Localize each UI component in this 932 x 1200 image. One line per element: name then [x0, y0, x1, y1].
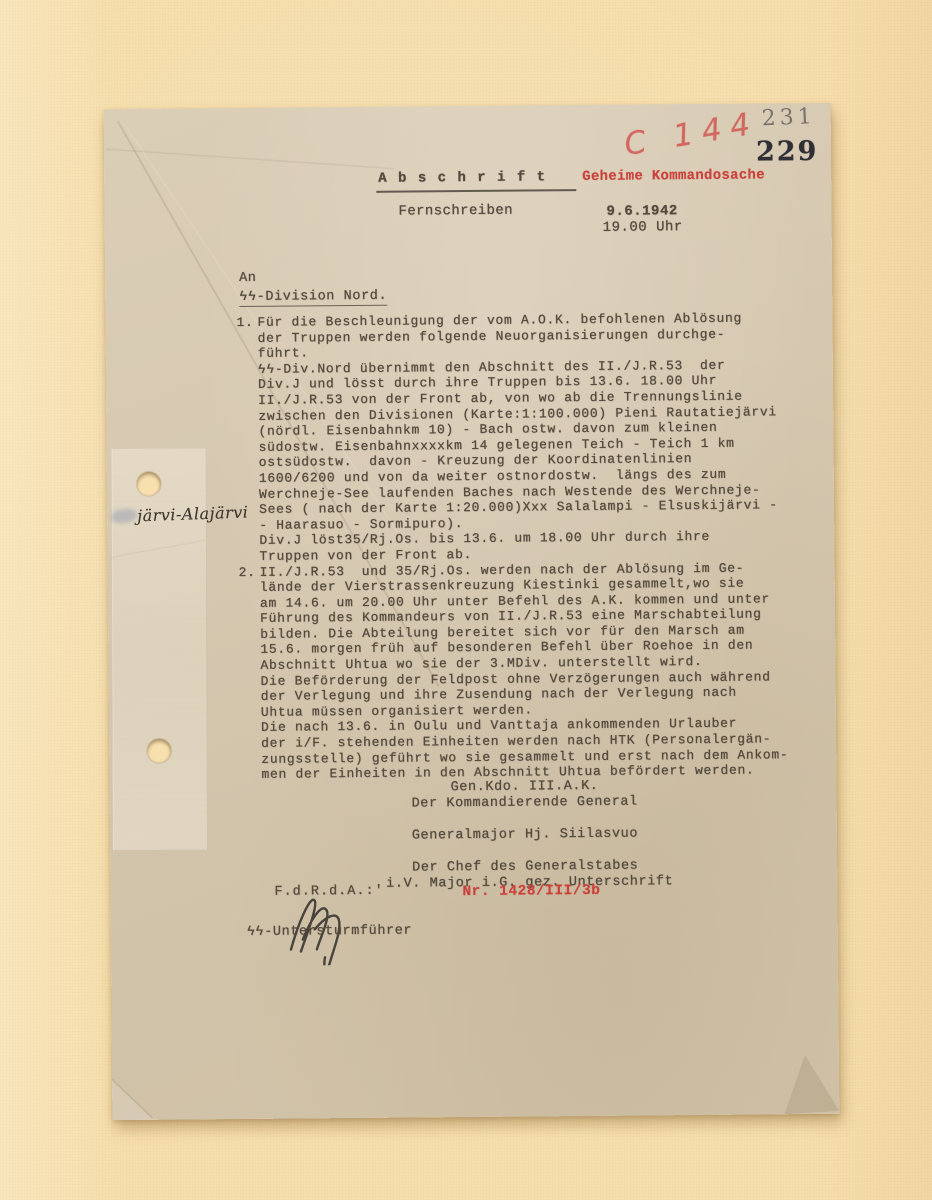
- punch-hole-top: [137, 472, 161, 496]
- document-sheet: 231 229 C 144 A b s c h r i f t Geheime …: [104, 103, 840, 1120]
- signature-block: Gen.Kdo. III.A.K. Der Kommandierende Gen…: [359, 778, 690, 893]
- time: 19.00 Uhr: [603, 219, 683, 236]
- item-text: II./J.R.53 und 35/Rj.Os. werden nach der…: [260, 560, 789, 783]
- document-title: A b s c h r i f t: [376, 169, 577, 193]
- stamped-page-number: 229: [756, 136, 819, 168]
- margin-note-text: järvi-Alajärvi: [137, 502, 249, 525]
- punch-hole-bottom: [147, 739, 171, 763]
- date: 9.6.1942: [606, 203, 682, 220]
- margin-annotation: järvi-Alajärvi: [137, 504, 248, 525]
- pencil-page-number: 231: [761, 104, 816, 131]
- salutation: An: [239, 271, 257, 286]
- order-item-1: 1. Für die Beschleunigung der vom A.O.K.…: [236, 310, 823, 565]
- item-text: Für die Beschleunigung der vom A.O.K. be…: [257, 310, 778, 564]
- item-number: 2.: [239, 564, 260, 580]
- document-subtitle: Fernschreiben: [398, 203, 513, 220]
- date-time-block: 9.6.1942 19.00 Uhr: [602, 203, 682, 236]
- classification-stamp: Geheime Kommandosache: [582, 167, 765, 185]
- signer-rank: ϟϟ-Untersturmführer: [247, 924, 412, 940]
- photographed-archive-document: { "corner_marks": { "pencil_number": "23…: [0, 0, 932, 1200]
- body-text: 1. Für die Beschleunigung der vom A.O.K.…: [236, 310, 825, 783]
- item-number: 1.: [236, 315, 257, 331]
- document-number: Nr. 1428/III/3b: [462, 883, 600, 900]
- addressee: ϟϟ-Division Nord.: [239, 289, 387, 307]
- order-item-2: 2. II./J.R.53 und 35/Rj.Os. werden nach …: [239, 559, 826, 782]
